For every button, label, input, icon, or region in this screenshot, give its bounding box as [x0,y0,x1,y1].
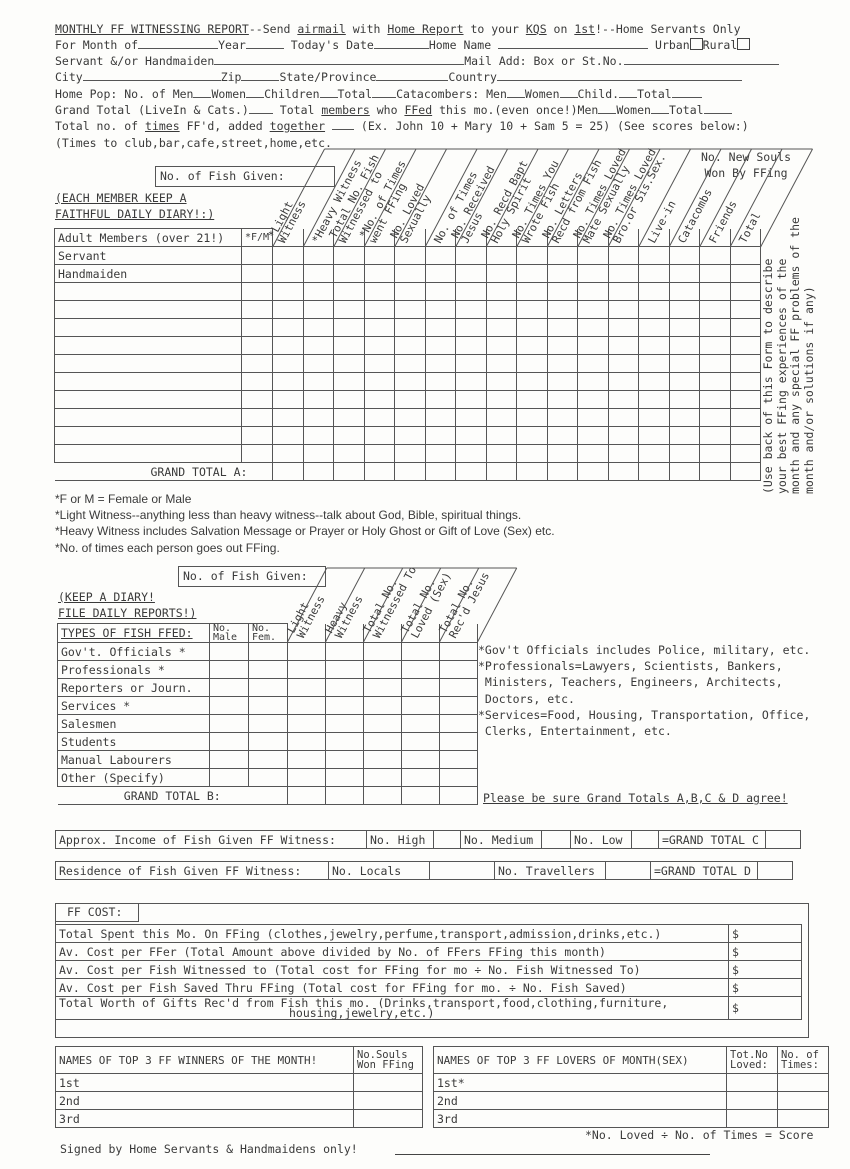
member-name-cell[interactable] [55,427,242,445]
count-cell[interactable] [486,283,517,301]
grand-total-a-cell[interactable] [334,463,365,481]
count-cell[interactable] [288,679,326,697]
count-cell[interactable] [303,391,334,409]
urban-checkbox[interactable] [690,38,703,50]
male-cell[interactable] [210,751,249,769]
fm-cell[interactable] [242,247,273,265]
count-cell[interactable] [669,265,700,283]
count-cell[interactable] [364,751,402,769]
count-cell[interactable] [303,355,334,373]
grand-total-a-cell[interactable] [273,463,304,481]
grand-total-b-cell[interactable] [440,787,478,805]
count-cell[interactable] [334,391,365,409]
count-cell[interactable] [440,733,478,751]
count-cell[interactable] [425,247,456,265]
count-cell[interactable] [517,337,548,355]
city-field[interactable] [83,69,221,81]
count-cell[interactable] [700,445,731,463]
signature-field[interactable] [395,1154,710,1155]
fm-cell[interactable] [242,427,273,445]
count-cell[interactable] [326,643,364,661]
count-cell[interactable] [639,283,670,301]
grand-total-a-cell[interactable] [700,463,731,481]
count-cell[interactable] [639,337,670,355]
member-name-cell[interactable] [55,337,242,355]
count-cell[interactable] [273,391,304,409]
count-cell[interactable] [639,301,670,319]
count-cell[interactable] [517,319,548,337]
lover-1st-times[interactable] [778,1074,829,1092]
male-cell[interactable] [210,733,249,751]
count-cell[interactable] [517,391,548,409]
count-cell[interactable] [288,751,326,769]
count-cell[interactable] [578,337,609,355]
count-cell[interactable] [303,373,334,391]
state-field[interactable] [376,69,448,81]
count-cell[interactable] [326,769,364,787]
count-cell[interactable] [639,409,670,427]
female-cell[interactable] [249,733,288,751]
female-cell[interactable] [249,715,288,733]
fm-cell[interactable] [242,337,273,355]
count-cell[interactable] [730,283,761,301]
count-cell[interactable] [700,319,731,337]
country-field[interactable] [497,69,742,81]
fm-cell[interactable] [242,301,273,319]
member-name-cell[interactable]: Servant [55,247,242,265]
count-cell[interactable] [364,265,395,283]
travellers-field[interactable] [606,862,651,880]
count-cell[interactable] [456,265,487,283]
count-cell[interactable] [456,283,487,301]
count-cell[interactable] [334,409,365,427]
count-cell[interactable] [364,247,395,265]
count-cell[interactable] [326,661,364,679]
cat-child-field[interactable] [619,86,637,98]
count-cell[interactable] [456,391,487,409]
count-cell[interactable] [456,427,487,445]
count-cell[interactable] [425,337,456,355]
count-cell[interactable] [273,355,304,373]
count-cell[interactable] [639,247,670,265]
count-cell[interactable] [639,355,670,373]
count-cell[interactable] [425,427,456,445]
times-together-field[interactable] [332,118,354,130]
count-cell[interactable] [364,715,402,733]
count-cell[interactable] [402,643,440,661]
grand-total-a-cell[interactable] [669,463,700,481]
count-cell[interactable] [440,697,478,715]
winner-1st-souls[interactable] [354,1074,423,1092]
count-cell[interactable] [364,301,395,319]
children-field[interactable] [320,86,338,98]
count-cell[interactable] [364,391,395,409]
count-cell[interactable] [456,247,487,265]
fm-cell[interactable] [242,445,273,463]
count-cell[interactable] [288,643,326,661]
member-name-cell[interactable]: Handmaiden [55,265,242,283]
count-cell[interactable] [334,373,365,391]
count-cell[interactable] [364,769,402,787]
count-cell[interactable] [402,661,440,679]
count-cell[interactable] [402,697,440,715]
count-cell[interactable] [395,427,426,445]
count-cell[interactable] [456,355,487,373]
count-cell[interactable] [303,337,334,355]
count-cell[interactable] [578,301,609,319]
count-cell[interactable] [669,391,700,409]
count-cell[interactable] [395,391,426,409]
count-cell[interactable] [608,409,639,427]
count-cell[interactable] [303,445,334,463]
member-name-cell[interactable] [55,355,242,373]
count-cell[interactable] [364,697,402,715]
count-cell[interactable] [456,301,487,319]
count-cell[interactable] [402,715,440,733]
count-cell[interactable] [608,355,639,373]
count-cell[interactable] [608,427,639,445]
count-cell[interactable] [547,319,578,337]
male-cell[interactable] [210,769,249,787]
fm-cell[interactable] [242,319,273,337]
grand-total-a-cell[interactable] [730,463,761,481]
count-cell[interactable] [486,355,517,373]
count-cell[interactable] [639,265,670,283]
rural-checkbox[interactable] [737,38,750,50]
count-cell[interactable] [547,337,578,355]
count-cell[interactable] [730,445,761,463]
count-cell[interactable] [700,247,731,265]
fm-cell[interactable] [242,409,273,427]
count-cell[interactable] [639,319,670,337]
count-cell[interactable] [547,283,578,301]
count-cell[interactable] [303,283,334,301]
fm-cell[interactable] [242,265,273,283]
count-cell[interactable] [547,409,578,427]
count-cell[interactable] [700,391,731,409]
count-cell[interactable] [273,283,304,301]
count-cell[interactable] [608,319,639,337]
count-cell[interactable] [288,697,326,715]
count-cell[interactable] [578,391,609,409]
count-cell[interactable] [578,265,609,283]
count-cell[interactable] [517,409,548,427]
count-cell[interactable] [669,409,700,427]
count-cell[interactable] [273,247,304,265]
count-cell[interactable] [700,265,731,283]
lover-1st-field[interactable]: 1st* [434,1074,727,1092]
count-cell[interactable] [440,751,478,769]
ffed-total-field[interactable] [704,102,732,114]
count-cell[interactable] [303,265,334,283]
count-cell[interactable] [486,409,517,427]
grand-total-d-field[interactable] [758,862,793,880]
lover-2nd-times[interactable] [778,1092,829,1110]
count-cell[interactable] [547,247,578,265]
count-cell[interactable] [517,301,548,319]
count-cell[interactable] [273,265,304,283]
ffed-women-field[interactable] [651,102,669,114]
count-cell[interactable] [578,319,609,337]
count-cell[interactable] [303,409,334,427]
count-cell[interactable] [700,409,731,427]
grand-total-a-cell[interactable] [517,463,548,481]
count-cell[interactable] [440,715,478,733]
count-cell[interactable] [547,427,578,445]
mail-address-field[interactable] [624,53,779,65]
count-cell[interactable] [425,391,456,409]
member-name-cell[interactable] [55,319,242,337]
count-cell[interactable] [402,733,440,751]
count-cell[interactable] [273,409,304,427]
count-cell[interactable] [273,445,304,463]
count-cell[interactable] [395,247,426,265]
fm-cell[interactable] [242,283,273,301]
count-cell[interactable] [700,301,731,319]
count-cell[interactable] [425,355,456,373]
count-cell[interactable] [326,715,364,733]
total-field[interactable] [372,86,396,98]
female-cell[interactable] [249,679,288,697]
count-cell[interactable] [440,679,478,697]
winner-1st-field[interactable]: 1st [56,1074,354,1092]
winner-2nd-field[interactable]: 2nd [56,1092,354,1110]
count-cell[interactable] [364,337,395,355]
count-cell[interactable] [700,355,731,373]
count-cell[interactable] [456,445,487,463]
count-cell[interactable] [608,301,639,319]
count-cell[interactable] [288,769,326,787]
count-cell[interactable] [288,715,326,733]
count-cell[interactable] [364,319,395,337]
grand-total-a-cell[interactable] [303,463,334,481]
count-cell[interactable] [486,301,517,319]
member-name-cell[interactable] [55,391,242,409]
count-cell[interactable] [730,409,761,427]
count-cell[interactable] [730,319,761,337]
grand-total-a-cell[interactable] [364,463,395,481]
winner-2nd-souls[interactable] [354,1092,423,1110]
count-cell[interactable] [456,319,487,337]
female-cell[interactable] [249,697,288,715]
count-cell[interactable] [395,319,426,337]
count-cell[interactable] [326,679,364,697]
count-cell[interactable] [425,409,456,427]
count-cell[interactable] [486,337,517,355]
fm-cell[interactable] [242,391,273,409]
count-cell[interactable] [669,319,700,337]
count-cell[interactable] [364,679,402,697]
count-cell[interactable] [730,391,761,409]
count-cell[interactable] [608,391,639,409]
count-cell[interactable] [273,319,304,337]
count-cell[interactable] [456,337,487,355]
grand-total-a-cell[interactable] [639,463,670,481]
count-cell[interactable] [639,391,670,409]
count-cell[interactable] [364,355,395,373]
count-cell[interactable] [517,355,548,373]
ffed-men-field[interactable] [598,102,616,114]
male-cell[interactable] [210,679,249,697]
lover-2nd-field[interactable]: 2nd [434,1092,727,1110]
count-cell[interactable] [578,355,609,373]
count-cell[interactable] [440,643,478,661]
count-cell[interactable] [395,337,426,355]
count-cell[interactable] [440,769,478,787]
count-cell[interactable] [639,373,670,391]
count-cell[interactable] [700,283,731,301]
lover-3rd-times[interactable] [778,1110,829,1128]
lover-2nd-loved[interactable] [727,1092,778,1110]
income-high-field[interactable] [434,831,461,849]
count-cell[interactable] [456,409,487,427]
count-cell[interactable] [669,445,700,463]
grand-total-a-cell[interactable] [425,463,456,481]
count-cell[interactable] [486,391,517,409]
count-cell[interactable] [608,445,639,463]
grand-total-a-cell[interactable] [395,463,426,481]
count-cell[interactable] [578,427,609,445]
count-cell[interactable] [334,427,365,445]
count-cell[interactable] [669,247,700,265]
count-cell[interactable] [669,373,700,391]
count-cell[interactable] [486,319,517,337]
count-cell[interactable] [364,733,402,751]
count-cell[interactable] [578,445,609,463]
count-cell[interactable] [402,769,440,787]
count-cell[interactable] [326,697,364,715]
count-cell[interactable] [334,355,365,373]
count-cell[interactable] [547,373,578,391]
count-cell[interactable] [669,283,700,301]
cat-women-field[interactable] [560,86,578,98]
count-cell[interactable] [273,301,304,319]
grand-total-a-cell[interactable] [486,463,517,481]
count-cell[interactable] [395,301,426,319]
count-cell[interactable] [517,265,548,283]
count-cell[interactable] [730,247,761,265]
count-cell[interactable] [730,355,761,373]
count-cell[interactable] [578,373,609,391]
male-cell[interactable] [210,643,249,661]
lover-3rd-field[interactable]: 3rd [434,1110,727,1128]
count-cell[interactable] [334,337,365,355]
count-cell[interactable] [395,445,426,463]
home-name-field[interactable] [498,37,648,49]
count-cell[interactable] [395,355,426,373]
fm-cell[interactable] [242,355,273,373]
count-cell[interactable] [303,319,334,337]
count-cell[interactable] [486,427,517,445]
male-cell[interactable] [210,697,249,715]
count-cell[interactable] [486,265,517,283]
locals-field[interactable] [430,862,495,880]
count-cell[interactable] [608,247,639,265]
grand-total-b-cell[interactable] [288,787,326,805]
count-cell[interactable] [334,265,365,283]
count-cell[interactable] [425,301,456,319]
count-cell[interactable] [425,265,456,283]
count-cell[interactable] [639,445,670,463]
grand-total-a-cell[interactable] [578,463,609,481]
count-cell[interactable] [730,301,761,319]
count-cell[interactable] [364,427,395,445]
count-cell[interactable] [273,373,304,391]
winner-3rd-field[interactable]: 3rd [56,1110,354,1128]
count-cell[interactable] [486,373,517,391]
men-field[interactable] [193,86,211,98]
count-cell[interactable] [395,283,426,301]
female-cell[interactable] [249,643,288,661]
income-low-field[interactable] [632,831,659,849]
count-cell[interactable] [425,373,456,391]
count-cell[interactable] [608,265,639,283]
male-cell[interactable] [210,661,249,679]
count-cell[interactable] [425,283,456,301]
count-cell[interactable] [334,319,365,337]
cost-amount-field[interactable]: $ [729,997,802,1020]
winner-3rd-souls[interactable] [354,1110,423,1128]
count-cell[interactable] [517,283,548,301]
grand-total-b-cell[interactable] [402,787,440,805]
count-cell[interactable] [273,337,304,355]
member-name-cell[interactable] [55,283,242,301]
count-cell[interactable] [578,409,609,427]
count-cell[interactable] [334,283,365,301]
count-cell[interactable] [364,283,395,301]
count-cell[interactable] [456,373,487,391]
count-cell[interactable] [402,751,440,769]
grand-total-a-cell[interactable] [456,463,487,481]
lover-3rd-loved[interactable] [727,1110,778,1128]
count-cell[interactable] [440,661,478,679]
count-cell[interactable] [364,643,402,661]
count-cell[interactable] [303,301,334,319]
count-cell[interactable] [608,283,639,301]
member-name-cell[interactable] [55,445,242,463]
count-cell[interactable] [364,445,395,463]
count-cell[interactable] [547,265,578,283]
grand-total-c-field[interactable] [766,831,801,849]
count-cell[interactable] [669,427,700,445]
count-cell[interactable] [364,373,395,391]
count-cell[interactable] [730,427,761,445]
count-cell[interactable] [700,427,731,445]
zip-field[interactable] [241,69,279,81]
count-cell[interactable] [395,265,426,283]
lover-1st-loved[interactable] [727,1074,778,1092]
count-cell[interactable] [700,373,731,391]
count-cell[interactable] [639,427,670,445]
count-cell[interactable] [700,337,731,355]
cost-amount-field[interactable]: $ [729,925,802,943]
count-cell[interactable] [303,247,334,265]
count-cell[interactable] [364,409,395,427]
count-cell[interactable] [517,445,548,463]
count-cell[interactable] [547,301,578,319]
count-cell[interactable] [334,247,365,265]
count-cell[interactable] [486,445,517,463]
count-cell[interactable] [334,445,365,463]
grand-total-a-cell[interactable] [547,463,578,481]
cost-amount-field[interactable]: $ [729,943,802,961]
count-cell[interactable] [273,427,304,445]
count-cell[interactable] [669,301,700,319]
grand-total-b-cell[interactable] [326,787,364,805]
female-cell[interactable] [249,751,288,769]
grand-total-b-cell[interactable] [364,787,402,805]
month-field[interactable] [138,37,218,49]
